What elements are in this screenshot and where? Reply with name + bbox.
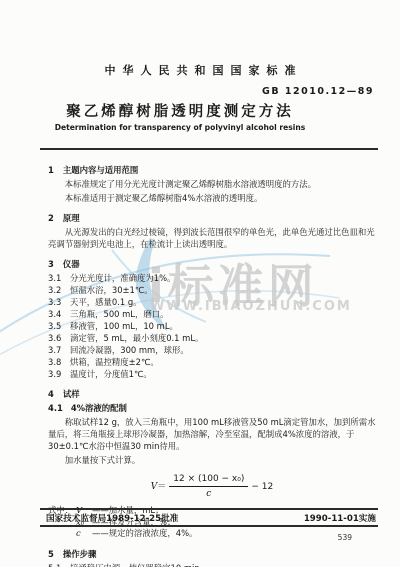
- list-item: 3.7回流冷凝器，300 mm，球形。: [48, 344, 376, 356]
- formula-denominator: c: [169, 487, 248, 500]
- list-item-text: 天平，感量0.1 g。: [70, 296, 142, 308]
- formula-equals: ＝: [157, 482, 166, 492]
- legend-term: c: [76, 528, 92, 540]
- legend-indent: [48, 528, 76, 540]
- document-body: 1主题内容与适用范围 本标准规定了用分光光度计测定聚乙烯醇树脂水溶液透明度的方法…: [48, 156, 376, 567]
- list-item-text: 回流冷凝器，300 mm，球形。: [70, 344, 189, 356]
- section-1-heading: 1主题内容与适用范围: [48, 164, 376, 176]
- list-item-text: 接通稳压电源，使仪器稳定10 min。: [70, 562, 208, 567]
- document-subtitle-english: Determination for transparency of polyvi…: [0, 123, 360, 132]
- list-item-number: 3.6: [48, 332, 70, 344]
- standard-number: GB 12010.12—89: [262, 86, 374, 97]
- list-item: 3.4三角瓶，500 mL，磨口。: [48, 308, 376, 320]
- section-5-title: 操作步骤: [63, 549, 97, 559]
- instrument-list: 3.1分光光度计，准确度为1%。 3.2恒温水浴，30±1℃。 3.3天平，感量…: [48, 272, 376, 380]
- section-4-heading: 4试样: [48, 388, 376, 400]
- list-item-number: 3.7: [48, 344, 70, 356]
- list-item-number: 3.4: [48, 308, 70, 320]
- section-5-heading: 5操作步骤: [48, 548, 376, 560]
- section-4-1-number: 4.1: [48, 403, 63, 413]
- section-4-number: 4: [48, 389, 54, 399]
- list-item: 3.3天平，感量0.1 g。: [48, 296, 376, 308]
- approval-text: 国家技术监督局1989-12-25批准: [46, 512, 178, 524]
- footer: 国家技术监督局1989-12-25批准 1990-11-01实施: [46, 512, 376, 524]
- section-1-paragraph-1: 本标准规定了用分光光度计测定聚乙烯醇树脂水溶液透明度的方法。: [48, 178, 376, 190]
- list-item-text: 温度计，分度值1℃。: [70, 368, 152, 380]
- list-item: 5.1接通稳压电源，使仪器稳定10 min。: [48, 562, 376, 567]
- section-3-title: 仪器: [63, 259, 80, 269]
- page-number: 539: [338, 533, 352, 542]
- section-1-title: 主题内容与适用范围: [63, 165, 138, 175]
- list-item: 3.8烘箱，温控精度±2℃。: [48, 356, 376, 368]
- list-item-number: 3.8: [48, 356, 70, 368]
- national-standard-label: 中华人民共和国国家标准: [0, 62, 400, 78]
- section-4-title: 试样: [63, 389, 80, 399]
- list-item-text: 烘箱，温控精度±2℃。: [70, 356, 159, 368]
- list-item-text: 滴定管，5 mL，最小刻度0.1 mL。: [70, 332, 203, 344]
- section-2-paragraph: 从光源发出的白光经过棱镜，得到波长范围很窄的单色光，此单色光通过比色皿和光亮调节…: [48, 226, 376, 250]
- list-item: 3.9温度计，分度值1℃。: [48, 368, 376, 380]
- section-1-paragraph-2: 本标准适用于测定聚乙烯醇树脂4%水溶液的透明度。: [48, 192, 376, 204]
- formula-rhs: − 12: [251, 482, 273, 492]
- section-4-1-heading: 4.14%溶液的配制: [48, 402, 376, 414]
- list-item: 3.6滴定管，5 mL，最小刻度0.1 mL。: [48, 332, 376, 344]
- list-item-number: 3.1: [48, 272, 70, 284]
- section-4-paragraph-2: 加水量按下式计算。: [48, 454, 376, 466]
- list-item-number: 3.3: [48, 296, 70, 308]
- list-item-text: 移液管，100 mL，10 mL。: [70, 320, 178, 332]
- procedure-list: 5.1接通稳压电源，使仪器稳定10 min。: [48, 562, 376, 567]
- legend-line: c——规定的溶液浓度，4%。: [48, 528, 376, 540]
- list-item-text: 分光光度计，准确度为1%。: [70, 272, 175, 284]
- list-item-number: 3.9: [48, 368, 70, 380]
- footer-divider-top: [40, 508, 378, 510]
- section-3-heading: 3仪器: [48, 258, 376, 270]
- header-divider: [40, 148, 378, 150]
- list-item: 3.2恒温水浴，30±1℃。: [48, 284, 376, 296]
- section-4-paragraph-1: 称取试样12 g，放入三角瓶中，用100 mL移液管及50 mL滴定管加水，加到…: [48, 416, 376, 452]
- list-item-number: 3.5: [48, 320, 70, 332]
- section-4-1-title: 4%溶液的配制: [71, 403, 127, 413]
- section-3-number: 3: [48, 259, 54, 269]
- section-1-number: 1: [48, 165, 54, 175]
- formula-numerator: 12 × (100 − x₀): [169, 473, 248, 487]
- section-5-number: 5: [48, 549, 54, 559]
- list-item: 3.1分光光度计，准确度为1%。: [48, 272, 376, 284]
- list-item-number: 3.2: [48, 284, 70, 296]
- list-item: 3.5移液管，100 mL，10 mL。: [48, 320, 376, 332]
- water-volume-formula: V＝12 × (100 − x₀)c− 12: [48, 473, 376, 500]
- section-2-heading: 2原理: [48, 212, 376, 224]
- footer-divider-bottom: [40, 525, 378, 527]
- implementation-text: 1990-11-01实施: [304, 512, 376, 524]
- list-item-number: 5.1: [48, 562, 70, 567]
- section-2-number: 2: [48, 213, 54, 223]
- standard-document-page: i标准网 WWW.IBIAOZHUN.COM 中华人民共和国国家标准 GB 12…: [0, 0, 400, 567]
- legend-desc: ——规定的溶液浓度，4%。: [92, 528, 197, 540]
- section-2-title: 原理: [63, 213, 80, 223]
- list-item-text: 三角瓶，500 mL，磨口。: [70, 308, 168, 320]
- formula-fraction: 12 × (100 − x₀)c: [169, 473, 248, 500]
- list-item-text: 恒温水浴，30±1℃。: [70, 284, 153, 296]
- document-title: 聚乙烯醇树脂透明度测定方法: [0, 100, 360, 121]
